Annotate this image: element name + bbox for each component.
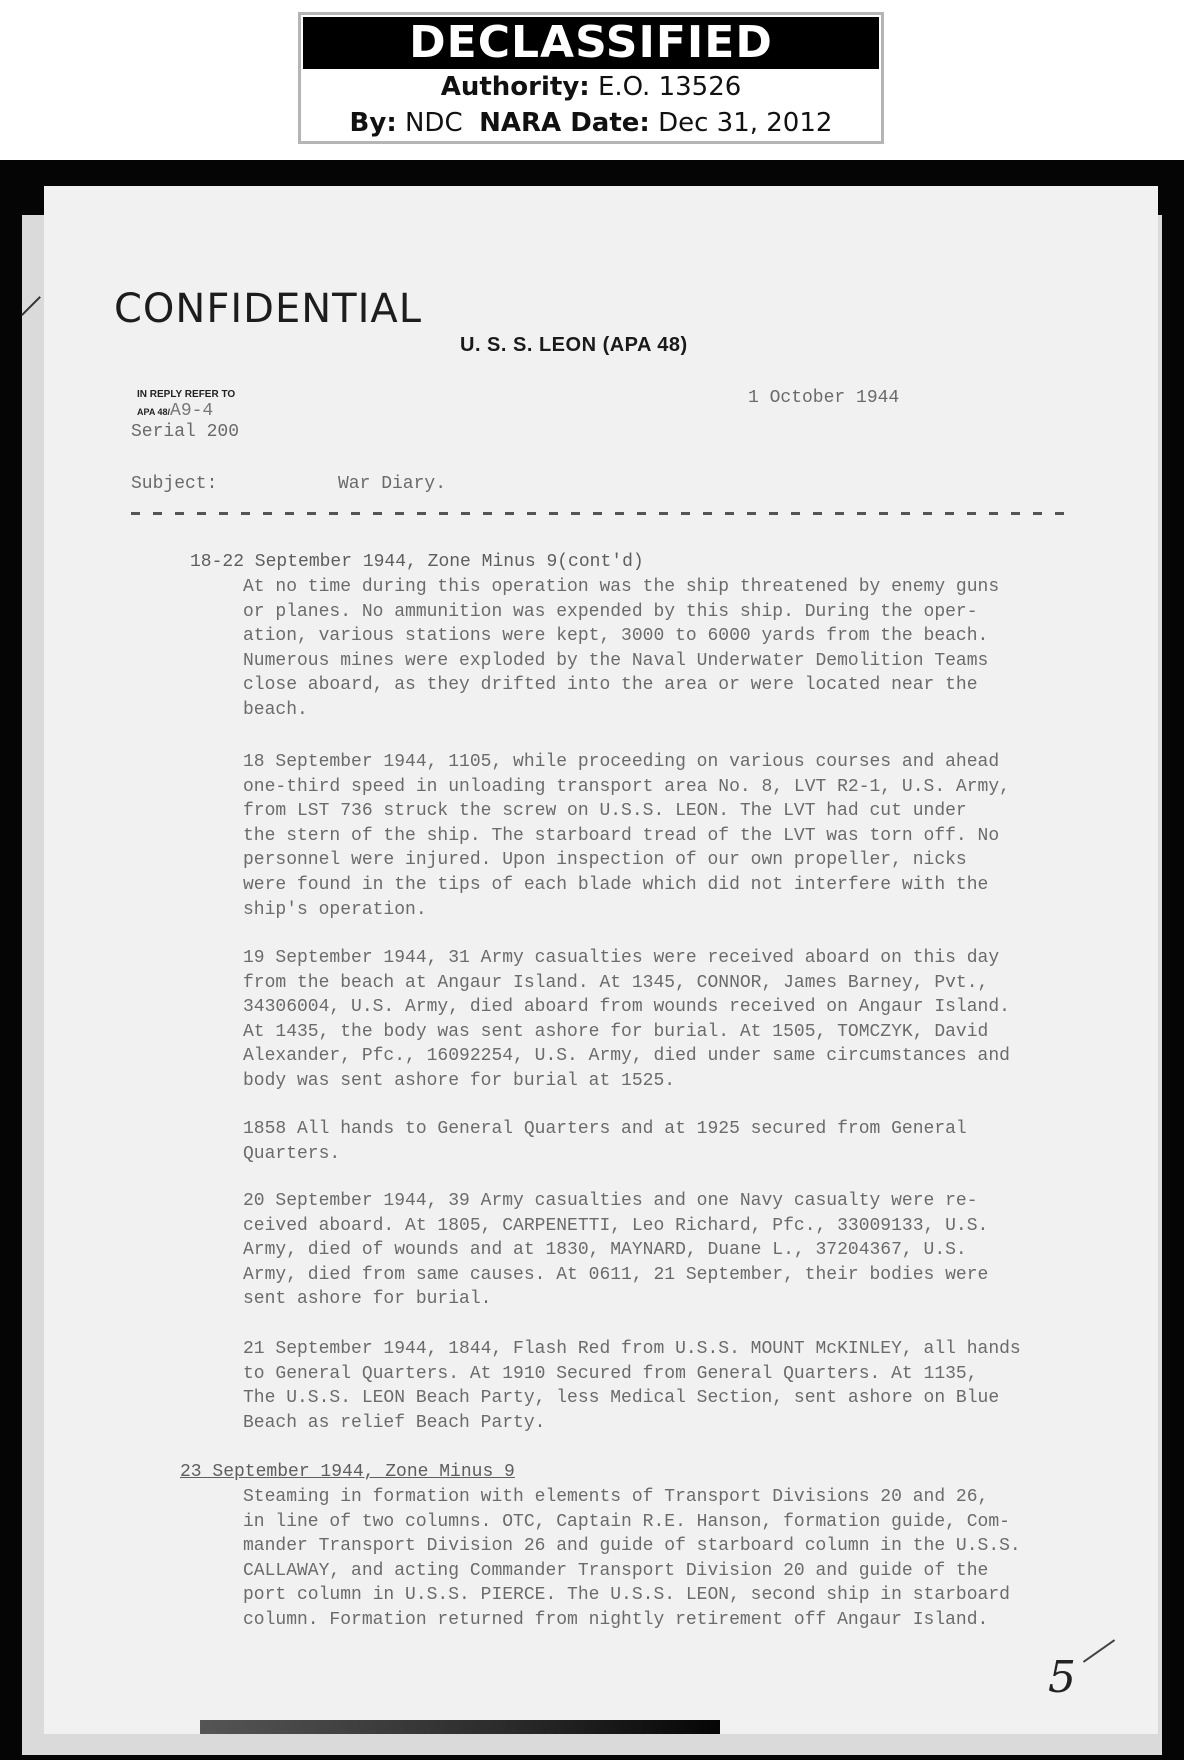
dashed-divider [131,512,1076,515]
authority-value: E.O. 13526 [598,72,741,102]
diary-paragraph: 20 September 1944, 39 Army casualties an… [243,1189,1073,1312]
classification-marking: CONFIDENTIAL [114,286,422,332]
page-number: 5 [1048,1652,1076,1703]
reply-refer-code: APA 48/A9-4 [137,401,213,421]
subject-value: War Diary. [338,474,446,494]
reply-prefix: APA 48/ [137,407,170,417]
diary-paragraph: Steaming in formation with elements of T… [243,1485,1073,1633]
nara-date-value: Dec 31, 2012 [658,108,832,138]
nara-date-label: NARA Date: [479,108,650,138]
diary-paragraph: 19 September 1944, 31 Army casualties we… [243,946,1073,1094]
entry-heading: 18-22 September 1944, Zone Minus 9(cont'… [190,550,644,574]
diary-paragraph: At no time during this operation was the… [243,575,1073,723]
ship-name: U. S. S. LEON (APA 48) [460,334,688,357]
document-date: 1 October 1944 [748,388,899,408]
diary-paragraph: 1858 All hands to General Quarters and a… [243,1117,1073,1166]
by-label: By: [350,108,397,138]
serial-number: Serial 200 [131,422,239,442]
entry-heading: 23 September 1944, Zone Minus 9 [180,1460,515,1484]
stamp-authority: Authority: E.O. 13526 [301,69,881,105]
authority-label: Authority: [441,72,590,102]
reply-code-value: A9-4 [170,401,213,421]
page-shadow [200,1720,720,1734]
stamp-title: DECLASSIFIED [303,17,879,69]
diary-paragraph: 18 September 1944, 1105, while proceedin… [243,750,1073,922]
stamp-by-date: By: NDC NARA Date: Dec 31, 2012 [301,105,881,141]
subject-label: Subject: [131,474,217,494]
by-value: NDC [405,108,463,138]
declassification-stamp: DECLASSIFIED Authority: E.O. 13526 By: N… [298,12,884,144]
reply-refer-label: IN REPLY REFER TO [137,389,235,400]
diary-paragraph: 21 September 1944, 1844, Flash Red from … [243,1337,1073,1435]
